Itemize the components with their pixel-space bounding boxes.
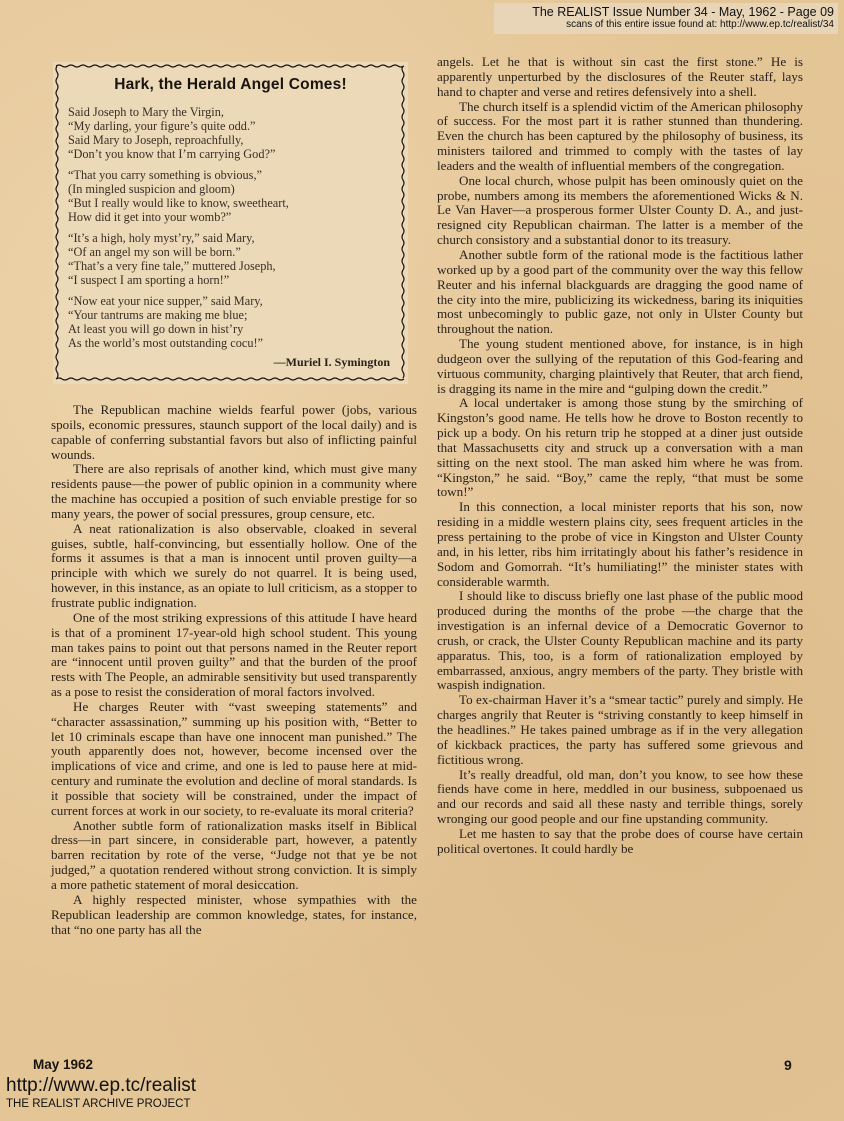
paragraph: One local church, whose pulpit has been …: [437, 174, 803, 248]
paragraph: It’s really dreadful, old man, don’t you…: [437, 768, 803, 827]
paragraph: There are also reprisals of another kind…: [51, 462, 417, 521]
paragraph: A highly respected minister, whose sympa…: [51, 893, 417, 938]
poem-stanza-1: Said Joseph to Mary the Virgin, “My darl…: [68, 105, 275, 161]
paragraph: Another subtle form of rationalization m…: [51, 819, 417, 893]
article-column-right: angels. Let he that is without sin cast …: [437, 55, 803, 857]
poem-stanza-4: “Now eat your nice supper,” said Mary, “…: [68, 294, 263, 350]
paragraph: Another subtle form of the rational mode…: [437, 248, 803, 337]
paragraph: I should like to discuss briefly one las…: [437, 589, 803, 693]
archive-banner: The REALIST Issue Number 34 - May, 1962 …: [494, 3, 838, 34]
banner-title: The REALIST Issue Number 34 - May, 1962 …: [498, 5, 834, 19]
poem-line-italic: “Don’t you know that I’m carrying God?”: [68, 147, 275, 161]
poem-stanza-3: “It’s a high, holy myst’ry,” said Mary, …: [68, 231, 276, 287]
paragraph-continuation: angels. Let he that is without sin cast …: [437, 55, 803, 100]
paragraph: The Republican machine wields fearful po…: [51, 403, 417, 462]
archive-url-link[interactable]: http://www.ep.tc/realist: [6, 1076, 196, 1096]
page-number: 9: [784, 1057, 792, 1073]
poem-title: Hark, the Herald Angel Comes!: [53, 76, 408, 94]
footer-date: May 1962: [33, 1057, 93, 1072]
poem-stanza-2: “That you carry something is obvious,” (…: [68, 168, 289, 224]
paragraph: A neat rationalization is also observabl…: [51, 522, 417, 611]
paragraph: One of the most striking expressions of …: [51, 611, 417, 700]
article-column-left: The Republican machine wields fearful po…: [51, 403, 417, 937]
paragraph: He charges Reuter with “vast sweeping st…: [51, 700, 417, 819]
archive-name: THE REALIST ARCHIVE PROJECT: [6, 1098, 190, 1111]
banner-subtitle: scans of this entire issue found at: htt…: [498, 19, 834, 31]
poem-box: Hark, the Herald Angel Comes! Said Josep…: [53, 62, 408, 384]
paragraph: A local undertaker is among those stung …: [437, 396, 803, 500]
paragraph: Let me hasten to say that the probe does…: [437, 827, 803, 857]
paragraph: The young student mentioned above, for i…: [437, 337, 803, 396]
paragraph: The church itself is a splendid victim o…: [437, 100, 803, 174]
paragraph: To ex-chairman Haver it’s a “smear tacti…: [437, 693, 803, 767]
poem-author: —Muriel I. Symington: [274, 355, 390, 370]
paragraph: In this connection, a local minister rep…: [437, 500, 803, 589]
